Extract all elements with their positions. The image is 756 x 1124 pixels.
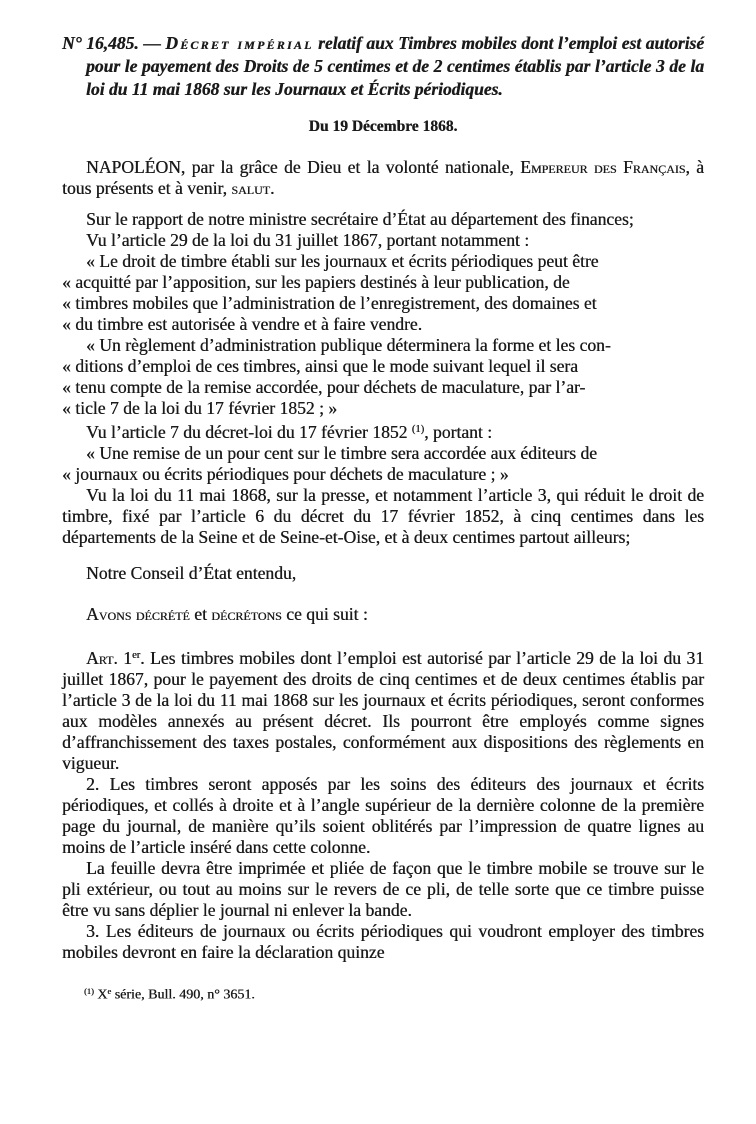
quote-line: « journaux ou écrits périodiques pour dé… [62,464,509,484]
vu-article-29: Vu l’article 29 de la loi du 31 juillet … [62,230,704,251]
vu-article-7: Vu l’article 7 du décret-loi du 17 févri… [62,419,704,443]
text-segment: X [94,987,108,1002]
quote-remise: « Une remise de un pour cent sur le timb… [62,443,704,485]
text-segment: Vu la loi du 11 mai 1868, sur la presse,… [62,485,704,547]
text-segment: Notre Conseil d’État entendu, [86,563,296,583]
text-segment: 2. Les timbres seront apposés par les so… [62,774,704,857]
vu-loi-11-mai: Vu la loi du 11 mai 1868, sur la presse,… [62,485,704,548]
text-segment: 1 [118,648,132,668]
conseil-etat: Notre Conseil d’État entendu, [62,563,704,584]
text-segment: N° 16,485. — [62,33,165,53]
text-segment: Vu l’article 29 de la loi du 31 juillet … [86,230,529,250]
text-segment: . Les timbres mobiles dont l’emploi est … [62,648,704,773]
quote-reglement: « Un règlement d’administration publique… [62,335,704,419]
text-segment: er [132,650,140,661]
quote-line: « ticle 7 de la loi du 17 février 1852 ;… [62,398,337,418]
text-segment: décrétons [211,604,281,624]
text-segment: et [190,604,212,624]
preamble-sovereign: NAPOLÉON, par la grâce de Dieu et la vol… [62,157,704,199]
quote-line: « tenu compte de la remise accordée, pou… [62,377,585,397]
text-segment: (1) [412,424,424,435]
text-segment: La feuille devra être imprimée et pliée … [62,858,704,920]
decree-header: N° 16,485. — Décret impérial relatif aux… [62,32,704,101]
quote-line: « ditions d’emploi de ces timbres, ainsi… [62,356,578,376]
article-2-feuille: La feuille devra être imprimée et pliée … [62,858,704,921]
text-segment: Sur le rapport de notre ministre secréta… [86,209,634,229]
quote-line: « Le droit de timbre établi sur les jour… [86,251,599,271]
quote-line: « Un règlement d’administration publique… [86,335,611,355]
text-segment: ce qui suit : [282,604,368,624]
quote-line: « du timbre est autorisée à vendre et à … [62,314,422,334]
quote-droit-de-timbre: « Le droit de timbre établi sur les jour… [62,251,704,335]
page-content: N° 16,485. — Décret impérial relatif aux… [62,32,704,1004]
text-segment: . [270,178,274,198]
document-page: N° 16,485. — Décret impérial relatif aux… [0,0,756,1124]
article-1: Art. 1er. Les timbres mobiles dont l’emp… [62,645,704,774]
text-segment: Empereur des Français [520,157,685,177]
decree-body: NAPOLÉON, par la grâce de Dieu et la vol… [62,157,704,963]
formule-decret: Avons décrété et décrétons ce qui suit : [62,604,704,625]
text-segment: Avons décrété [86,604,190,624]
text-segment: NAPOLÉON, par la grâce de Dieu et la vol… [86,157,520,177]
preamble-rapport: Sur le rapport de notre ministre secréta… [62,209,704,230]
text-segment: salut [231,178,270,198]
text-segment: 3. Les éditeurs de journaux ou écrits pé… [62,921,704,962]
quote-line: « timbres mobiles que l’administration d… [62,293,597,313]
text-segment: série, Bull. 490, n° 3651. [111,987,255,1002]
quote-line: « acquitté par l’apposition, sur les pap… [62,272,570,292]
text-segment: Vu l’article 7 du décret-loi du 17 févri… [86,422,412,442]
text-segment: , portant : [424,422,492,442]
quote-line: « Une remise de un pour cent sur le timb… [86,443,597,463]
text-segment: Art. [86,648,118,668]
date-line: Du 19 Décembre 1868. [62,117,704,137]
article-3: 3. Les éditeurs de journaux ou écrits pé… [62,921,704,963]
text-segment: Décret impérial [165,33,313,53]
article-2: 2. Les timbres seront apposés par les so… [62,774,704,858]
text-segment: (1) [84,987,94,996]
footnote: (1) Xe série, Bull. 490, n° 3651. [62,983,704,1005]
